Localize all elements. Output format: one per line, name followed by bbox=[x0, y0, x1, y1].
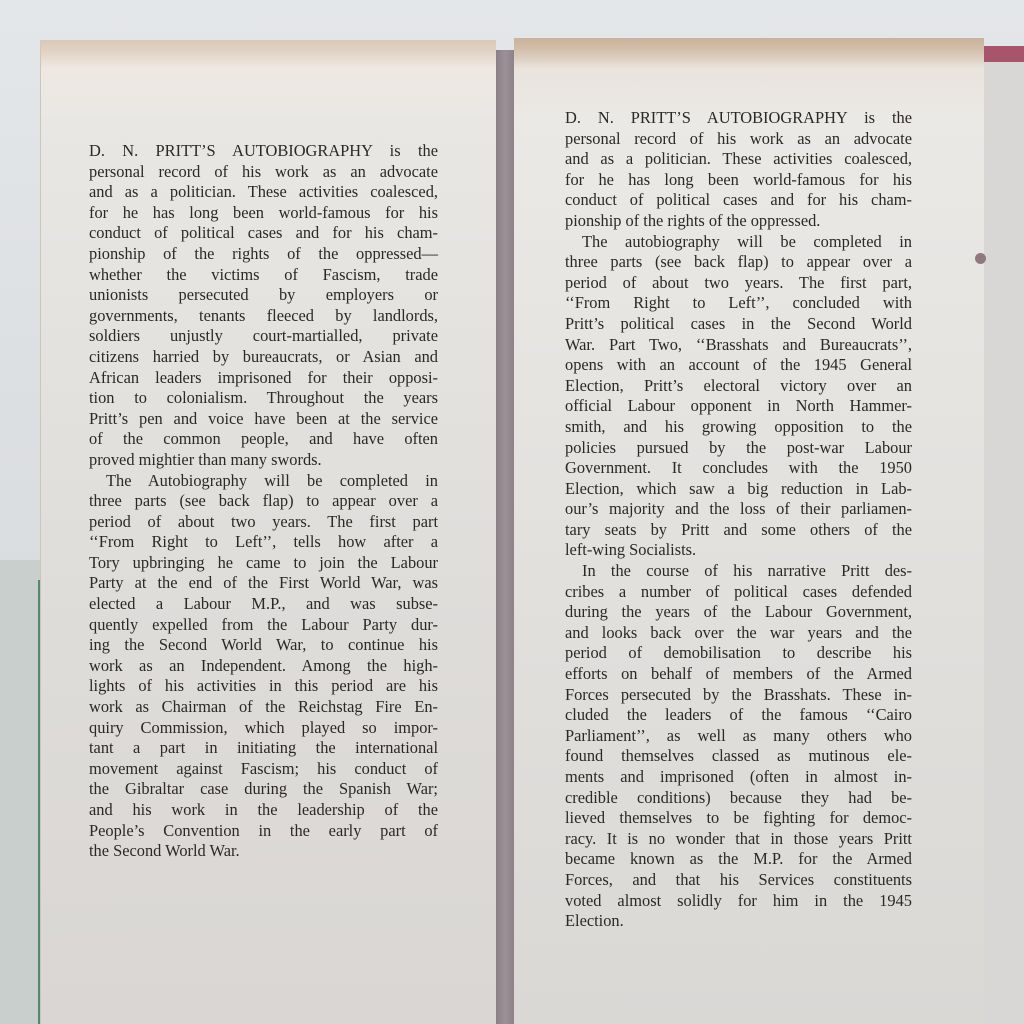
text-line: Tory upbringing he came to join the Labo… bbox=[89, 553, 438, 574]
text-line: cluded the leaders of the famous ‘‘Cairo bbox=[565, 705, 912, 726]
text-line: Election, Pritt’s electoral victory over… bbox=[565, 376, 912, 397]
text-line: period of about two years. The first par… bbox=[565, 273, 912, 294]
text-line: Parliament’’, as well as many others who bbox=[565, 726, 912, 747]
text-line: our’s majority and the loss of their par… bbox=[565, 499, 912, 520]
right-background bbox=[984, 62, 1024, 1024]
text-line: soldiers unjustly court-martialled, priv… bbox=[89, 326, 438, 347]
text-line: lieved themselves to be fighting for dem… bbox=[565, 808, 912, 829]
text-line: personal record of his work as an advoca… bbox=[89, 162, 438, 183]
text-line: Forces, and that his Services constituen… bbox=[565, 870, 912, 891]
text-line: became known as the M.P. for the Armed bbox=[565, 849, 912, 870]
text-line: personal record of his work as an advoca… bbox=[565, 129, 912, 150]
background-book-edge bbox=[0, 560, 40, 1024]
text-line: efforts on behalf of members of the Arme… bbox=[565, 664, 912, 685]
text-line: policies pursued by the post-war Labour bbox=[565, 438, 912, 459]
text-line: pionship of the rights of the oppressed. bbox=[565, 211, 912, 232]
text-line: whether the victims of Fascism, trade bbox=[89, 265, 438, 286]
text-line: credible conditions) because they had be… bbox=[565, 788, 912, 809]
text-line: lights of his activities in this period … bbox=[89, 676, 438, 697]
text-line: conduct of political cases and for his c… bbox=[565, 190, 912, 211]
text-line: during the years of the Labour Governmen… bbox=[565, 602, 912, 623]
text-line: racy. It is no wonder that in those year… bbox=[565, 829, 912, 850]
text-line: voted almost solidly for him in the 1945 bbox=[565, 891, 912, 912]
left-paragraph-2: The Autobiography will be completed in t… bbox=[89, 471, 438, 862]
text-line: governments, tenants fleeced by landlord… bbox=[89, 306, 438, 327]
text-line: tant a part in initiating the internatio… bbox=[89, 738, 438, 759]
text-line: work as Chairman of the Reichstag Fire E… bbox=[89, 697, 438, 718]
red-book-board bbox=[984, 46, 1024, 62]
text-line: War. Part Two, ‘‘Brasshats and Bureaucra… bbox=[565, 335, 912, 356]
text-line: found themselves classed as mutinous ele… bbox=[565, 746, 912, 767]
text-line: opens with an account of the 1945 Genera… bbox=[565, 355, 912, 376]
text-line: Forces persecuted by the Brasshats. Thes… bbox=[565, 685, 912, 706]
text-line: ing the Second World War, to continue hi… bbox=[89, 635, 438, 656]
text-line: and his work in the leadership of the bbox=[89, 800, 438, 821]
text-line: and as a politician. These activities co… bbox=[89, 182, 438, 203]
text-line: African leaders imprisoned for their opp… bbox=[89, 368, 438, 389]
text-line: proved mightier than many swords. bbox=[89, 450, 438, 471]
text-line: work as an Independent. Among the high- bbox=[89, 656, 438, 677]
ink-dot-mark bbox=[975, 253, 986, 264]
text-line: Government. It concludes with the 1950 bbox=[565, 458, 912, 479]
text-line: and as a politician. These activities co… bbox=[565, 149, 912, 170]
text-line: citizens harried by bureaucrats, or Asia… bbox=[89, 347, 438, 368]
text-line: period of demobilisation to describe his bbox=[565, 643, 912, 664]
text-line: three parts (see back flap) to appear ov… bbox=[89, 491, 438, 512]
text-line: cribes a number of political cases defen… bbox=[565, 582, 912, 603]
left-paragraph-1: D. N. PRITT’S AUTOBIOGRAPHY is the perso… bbox=[89, 141, 438, 471]
text-line: pionship of the rights of the oppressed— bbox=[89, 244, 438, 265]
text-line: Pritt’s political cases in the Second Wo… bbox=[565, 314, 912, 335]
text-line: In the course of his narrative Pritt des… bbox=[565, 561, 912, 582]
text-line: conduct of political cases and for his c… bbox=[89, 223, 438, 244]
text-line: elected a Labour M.P., and was subse- bbox=[89, 594, 438, 615]
text-line: left-wing Socialists. bbox=[565, 540, 912, 561]
text-line: The Autobiography will be completed in bbox=[89, 471, 438, 492]
right-paragraph-2: The autobiography will be completed in t… bbox=[565, 232, 912, 562]
text-line: tion to colonialism. Throughout the year… bbox=[89, 388, 438, 409]
text-line: tary seats by Pritt and some others of t… bbox=[565, 520, 912, 541]
text-line: smith, and his growing opposition to the bbox=[565, 417, 912, 438]
text-line: D. N. PRITT’S AUTOBIOGRAPHY is the bbox=[565, 108, 912, 129]
text-line: Election. bbox=[565, 911, 912, 932]
text-line: D. N. PRITT’S AUTOBIOGRAPHY is the bbox=[89, 141, 438, 162]
text-line: of the common people, and have often bbox=[89, 429, 438, 450]
text-line: three parts (see back flap) to appear ov… bbox=[565, 252, 912, 273]
right-flap-text: D. N. PRITT’S AUTOBIOGRAPHY is the perso… bbox=[565, 108, 912, 932]
text-line: for he has long been world-famous for hi… bbox=[565, 170, 912, 191]
left-flap-text: D. N. PRITT’S AUTOBIOGRAPHY is the perso… bbox=[89, 141, 438, 862]
right-paragraph-3: In the course of his narrative Pritt des… bbox=[565, 561, 912, 932]
text-line: movement against Fascism; his conduct of bbox=[89, 759, 438, 780]
text-line: ments and imprisoned (often in almost in… bbox=[565, 767, 912, 788]
text-line: the Second World War. bbox=[89, 841, 438, 862]
text-line: and looks back over the war years and th… bbox=[565, 623, 912, 644]
text-line: The autobiography will be completed in bbox=[565, 232, 912, 253]
jacket-spine-fold bbox=[496, 50, 514, 1024]
text-line: quently expelled from the Labour Party d… bbox=[89, 615, 438, 636]
right-paragraph-1: D. N. PRITT’S AUTOBIOGRAPHY is the perso… bbox=[565, 108, 912, 232]
text-line: unionists persecuted by employers or bbox=[89, 285, 438, 306]
text-line: Election, which saw a big reduction in L… bbox=[565, 479, 912, 500]
text-line: Pritt’s pen and voice have been at the s… bbox=[89, 409, 438, 430]
text-line: period of about two years. The first par… bbox=[89, 512, 438, 533]
text-line: ‘‘From Right to Left’’, tells how after … bbox=[89, 532, 438, 553]
text-line: official Labour opponent in North Hammer… bbox=[565, 396, 912, 417]
text-line: quiry Commission, which played so impor- bbox=[89, 718, 438, 739]
text-line: ‘‘From Right to Left’’, concluded with bbox=[565, 293, 912, 314]
text-line: the Gibraltar case during the Spanish Wa… bbox=[89, 779, 438, 800]
text-line: People’s Convention in the early part of bbox=[89, 821, 438, 842]
text-line: for he has long been world-famous for hi… bbox=[89, 203, 438, 224]
text-line: Party at the end of the First World War,… bbox=[89, 573, 438, 594]
